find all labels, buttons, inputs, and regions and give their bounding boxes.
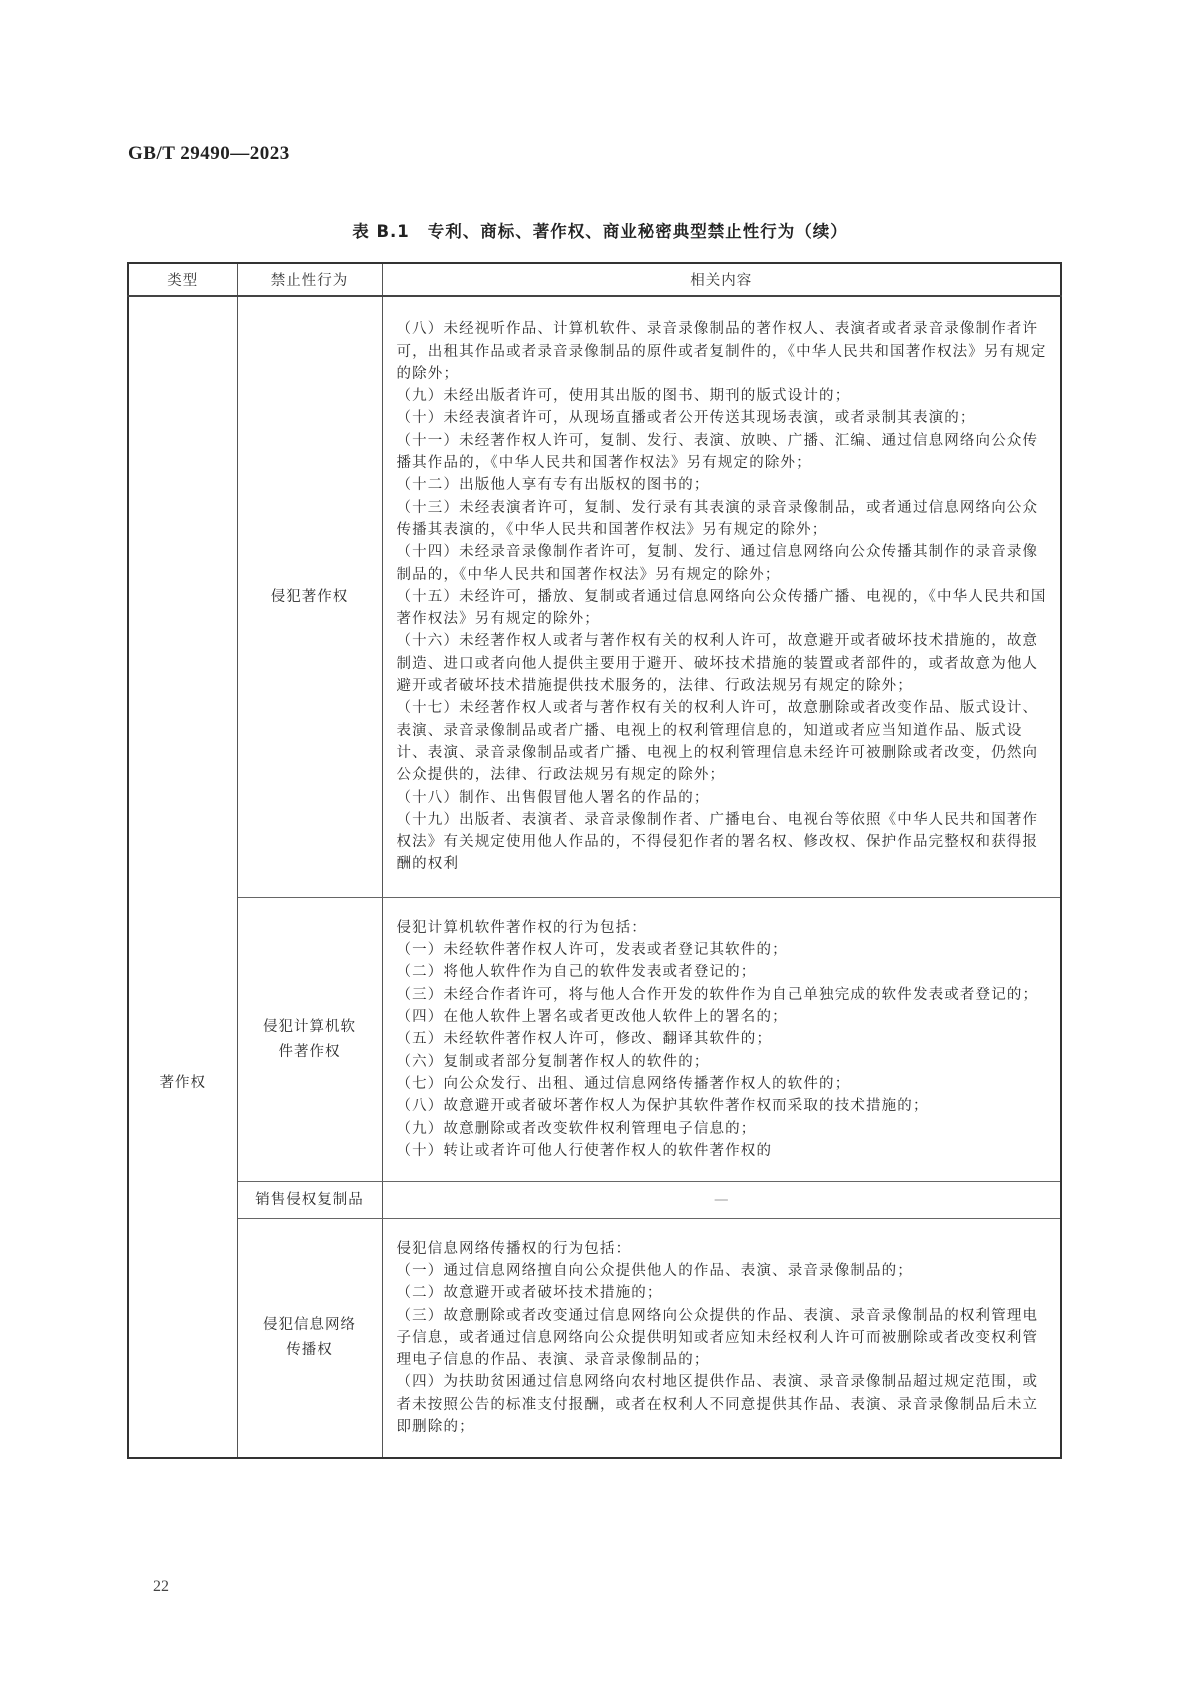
table-title: 专利、商标、著作权、商业秘密典型禁止性行为（续） (428, 222, 848, 241)
clause-line: （十一）未经著作权人许可，复制、发行、表演、放映、广播、汇编、通过信息网络向公众… (397, 430, 1049, 475)
clause-line: （三）未经合作者许可，将与他人合作开发的软件作为自己单独完成的软件发表或者登记的… (397, 984, 1049, 1006)
table-row: 销售侵权复制品 — (128, 1182, 1061, 1219)
table-header-row: 类型 禁止性行为 相关内容 (128, 263, 1061, 296)
clause-line: 侵犯计算机软件著作权的行为包括： (397, 917, 1049, 939)
clause-line: （十二）出版他人享有专有出版权的图书的； (397, 474, 1049, 496)
clause-line: （十六）未经著作权人或者与著作权有关的权利人许可，故意避开或者破坏技术措施的，故… (397, 630, 1049, 697)
content-cell: （八）未经视听作品、计算机软件、录音录像制品的著作权人、表演者或者录音录像制作者… (382, 296, 1061, 898)
clause-line: （二）将他人软件作为自己的软件发表或者登记的； (397, 961, 1049, 983)
act-cell: 侵犯信息网络传播权 (237, 1219, 382, 1459)
table-row: 侵犯计算机软件著作权 侵犯计算机软件著作权的行为包括：（一）未经软件著作权人许可… (128, 898, 1061, 1182)
column-header-type: 类型 (128, 263, 237, 296)
clause-line: （十）转让或者许可他人行使著作权人的软件著作权的 (397, 1140, 1049, 1162)
clause-line: （四）在他人软件上署名或者更改他人软件上的署名的； (397, 1006, 1049, 1028)
table-caption: 表 B.1专利、商标、著作权、商业秘密典型禁止性行为（续） (0, 218, 1200, 242)
column-header-content: 相关内容 (382, 263, 1061, 296)
clause-line: （八）故意避开或者破坏著作权人为保护其软件著作权而采取的技术措施的； (397, 1095, 1049, 1117)
standard-code: GB/T 29490—2023 (128, 143, 290, 165)
clause-line: （六）复制或者部分复制著作权人的软件的； (397, 1051, 1049, 1073)
clause-line: （九）故意删除或者改变软件权利管理电子信息的； (397, 1118, 1049, 1140)
content-cell: 侵犯信息网络传播权的行为包括：（一）通过信息网络擅自向公众提供他人的作品、表演、… (382, 1219, 1061, 1459)
clause-line: （一）通过信息网络擅自向公众提供他人的作品、表演、录音录像制品的； (397, 1260, 1049, 1282)
page-number: 22 (153, 1578, 169, 1596)
type-cell-copyright: 著作权 (128, 296, 237, 1458)
clause-line: （十九）出版者、表演者、录音录像制作者、广播电台、电视台等依照《中华人民共和国著… (397, 809, 1049, 876)
clause-line: （十四）未经录音录像制作者许可，复制、发行、通过信息网络向公众传播其制作的录音录… (397, 541, 1049, 586)
clause-line: （十）未经表演者许可，从现场直播或者公开传送其现场表演，或者录制其表演的； (397, 407, 1049, 429)
content-cell-empty-dash: — (382, 1182, 1061, 1219)
table-number: 表 B.1 (352, 222, 410, 241)
column-header-act: 禁止性行为 (237, 263, 382, 296)
table-row: 侵犯信息网络传播权 侵犯信息网络传播权的行为包括：（一）通过信息网络擅自向公众提… (128, 1219, 1061, 1459)
clause-line: （十八）制作、出售假冒他人署名的作品的； (397, 787, 1049, 809)
content-cell: 侵犯计算机软件著作权的行为包括：（一）未经软件著作权人许可，发表或者登记其软件的… (382, 898, 1061, 1182)
clause-line: （十七）未经著作权人或者与著作权有关的权利人许可，故意删除或者改变作品、版式设计… (397, 697, 1049, 786)
clause-line: （五）未经软件著作权人许可，修改、翻译其软件的； (397, 1028, 1049, 1050)
clause-line: （九）未经出版者许可，使用其出版的图书、期刊的版式设计的； (397, 385, 1049, 407)
clause-line: （十五）未经许可，播放、复制或者通过信息网络向公众传播广播、电视的，《中华人民共… (397, 586, 1049, 631)
clause-line: （一）未经软件著作权人许可，发表或者登记其软件的； (397, 939, 1049, 961)
clause-line: （四）为扶助贫困通过信息网络向农村地区提供作品、表演、录音录像制品超过规定范围，… (397, 1371, 1049, 1438)
clause-line: （七）向公众发行、出租、通过信息网络传播著作权人的软件的； (397, 1073, 1049, 1095)
act-cell: 侵犯计算机软件著作权 (237, 898, 382, 1182)
clause-line: （八）未经视听作品、计算机软件、录音录像制品的著作权人、表演者或者录音录像制作者… (397, 318, 1049, 385)
clause-line: 侵犯信息网络传播权的行为包括： (397, 1238, 1049, 1260)
clause-line: （三）故意删除或者改变通过信息网络向公众提供的作品、表演、录音录像制品的权利管理… (397, 1305, 1049, 1372)
act-cell: 销售侵权复制品 (237, 1182, 382, 1219)
act-cell: 侵犯著作权 (237, 296, 382, 898)
clause-line: （十三）未经表演者许可，复制、发行录有其表演的录音录像制品，或者通过信息网络向公… (397, 497, 1049, 542)
table-row: 著作权 侵犯著作权 （八）未经视听作品、计算机软件、录音录像制品的著作权人、表演… (128, 296, 1061, 898)
clause-line: （二）故意避开或者破坏技术措施的； (397, 1282, 1049, 1304)
prohibited-acts-table: 类型 禁止性行为 相关内容 著作权 侵犯著作权 （八）未经视听作品、计算机软件、… (127, 262, 1062, 1459)
